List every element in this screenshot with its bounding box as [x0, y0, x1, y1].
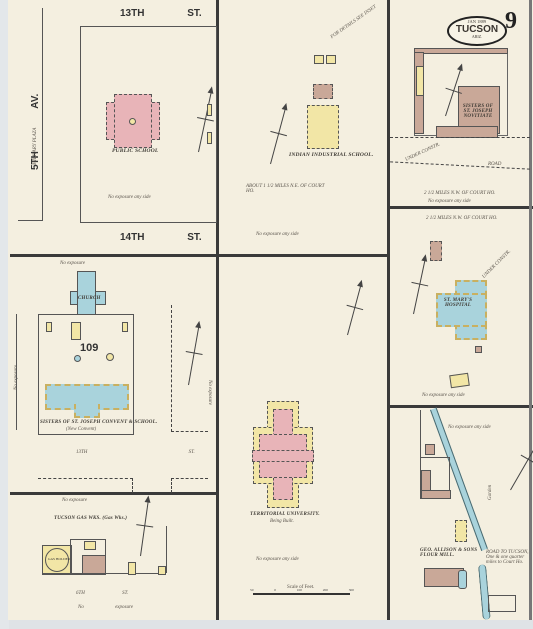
- divider-h-left-top: [10, 254, 390, 257]
- property-line-east: [166, 526, 167, 573]
- convent-wing: [74, 404, 100, 418]
- convent-sublabel: (New Convent): [66, 427, 96, 432]
- tank-icon: [106, 353, 114, 361]
- novitiate-label: SISTERS OF ST. JOSEPH NOVITIATE: [460, 104, 496, 119]
- church-tower: [77, 271, 96, 315]
- public-school-label: PUBLIC SCHOOL: [112, 148, 158, 154]
- small-building: [326, 55, 336, 64]
- street-label-14th: 14TH ST.: [120, 232, 202, 243]
- small-building: [158, 566, 166, 575]
- divider-h-right-2: [388, 405, 533, 408]
- exposure-note: No exposure any side: [428, 199, 471, 204]
- adobe-building: [313, 84, 333, 99]
- scale-tick: 100: [297, 588, 302, 592]
- scale-tick: 200: [323, 588, 328, 592]
- church-label: CHURCH: [78, 296, 101, 301]
- gas-works-shed: [84, 541, 96, 550]
- street-label-13th: 13TH ST.: [120, 8, 202, 19]
- location-note: ABOUT 1 1/2 MILES N.E. OF COURT HO.: [246, 184, 326, 194]
- adobe-building: [425, 444, 435, 455]
- indian-school-building: [307, 105, 339, 149]
- exposure-top: No exposure: [60, 261, 85, 266]
- scale-tick: 50: [250, 588, 254, 592]
- property-line: [42, 573, 166, 574]
- exposure-note: No exposure any side: [422, 393, 465, 398]
- indian-school-label: INDIAN INDUSTRIAL SCHOOL.: [289, 152, 373, 158]
- adobe-building: [430, 241, 442, 261]
- exposure-note: No exposure any side: [256, 557, 299, 562]
- street-label: 6TH ST.: [76, 591, 128, 596]
- gas-works-label: TUCSON GAS WKS. (Gas Wks.): [54, 516, 127, 521]
- convent-label: SISTERS OF ST. JOSEPH CONVENT & SCHOOL.: [40, 420, 157, 425]
- scale-tick: 300: [349, 588, 354, 592]
- location-note: 2 1/2 MILES N.W. OF COURT HO.: [424, 191, 496, 196]
- scale-tick: 0: [274, 588, 276, 592]
- road-label: ROAD: [488, 162, 501, 167]
- gas-works-building: [82, 555, 106, 575]
- military-plaza-lot: [18, 8, 43, 221]
- small-adobe: [475, 346, 482, 353]
- road-note: ROAD TO TUCSON, One & one quarter miles …: [486, 550, 530, 565]
- university-label: TERRITORIAL UNIVERSITY.: [250, 512, 320, 517]
- block-outline-south-east: [171, 478, 208, 493]
- exposure-top: No exposure: [62, 498, 87, 503]
- divider-h-right-1: [388, 206, 533, 209]
- university-sublabel: Being Built.: [270, 519, 294, 524]
- exposure-right: No exposure: [207, 380, 212, 405]
- st-marys-label: ST. MARY'S HOSPITAL: [440, 298, 476, 308]
- gas-holder-label: GAS HOLDER: [48, 557, 70, 561]
- frame-shed: [455, 520, 467, 542]
- exposure-bottom: No exposure: [78, 605, 133, 610]
- scale-bar: [253, 593, 350, 595]
- sheet-number: 9: [505, 8, 517, 35]
- sheet-state: ARIZ.: [449, 35, 505, 39]
- outbuilding: [207, 132, 212, 144]
- mill-race: [458, 570, 467, 589]
- scale-ticks: 50 0 100 200 300: [250, 588, 354, 592]
- alley-line: [16, 314, 17, 430]
- garden-label: Garden: [488, 485, 493, 500]
- frame-strip-left: [416, 66, 424, 96]
- divider-vertical-right: [387, 0, 390, 620]
- small-building: [71, 322, 81, 340]
- sheet-right-edge: [529, 0, 532, 620]
- small-building: [314, 55, 324, 64]
- block-outline-east: [171, 305, 208, 432]
- small-building: [128, 562, 136, 575]
- frame-outbuilding: [449, 373, 470, 389]
- exposure-note: No exposure any side: [108, 195, 151, 200]
- title-cartouche: JAN 1889 TUCSON ARIZ.: [447, 16, 507, 46]
- outbuilding: [207, 104, 212, 116]
- cupola: [129, 118, 136, 125]
- exposure-note: No exposure any side: [448, 425, 491, 430]
- location-note: 2 1/2 MILES N.W. OF COURT HO.: [426, 216, 498, 221]
- block-outline-south: [38, 478, 133, 493]
- road-line: [390, 137, 530, 138]
- block-number: 109: [80, 342, 98, 354]
- small-building: [122, 322, 128, 332]
- university-crossbar: [252, 450, 314, 462]
- exposure-note: No exposure any side: [256, 232, 299, 237]
- well-icon: [74, 355, 81, 362]
- street-label: 13TH ST.: [76, 450, 195, 455]
- small-building: [46, 322, 52, 332]
- adobe-wing: [421, 490, 451, 499]
- outbuilding-frame: [488, 595, 516, 612]
- flour-mill-label: GEO. ALLISON & SONS FLOUR MILL.: [420, 548, 480, 558]
- adobe-strip: [414, 48, 508, 54]
